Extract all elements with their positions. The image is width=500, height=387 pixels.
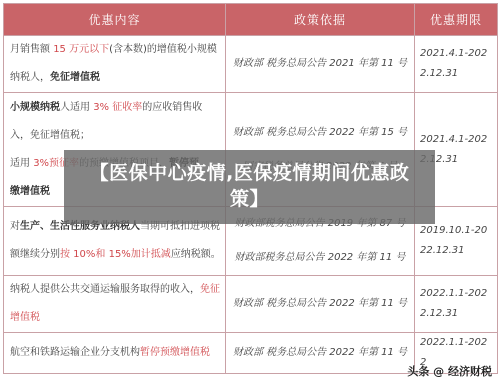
content-line: 月销售额 15 万元以下(含本数)的增值税小规模: [10, 36, 219, 64]
highlight-text: 暂停预缴增值税: [140, 347, 210, 358]
title-line-2: 策】: [64, 186, 435, 212]
table-row: 纳税人提供公共交通运输服务取得的收入，免征增值税财政部 税务总局公告 2022 …: [4, 276, 498, 333]
header-period: 优惠期限: [415, 4, 498, 36]
article-title-overlay: 【医保中心疫情,医保疫情期间优惠政 策】: [64, 150, 435, 224]
header-content: 优惠内容: [4, 4, 226, 36]
content-line: 纳税人，免征增值税: [10, 64, 219, 92]
cell-basis: 财政部 税务总局公告 2022 年第 11 号: [226, 276, 415, 333]
content-line: 增值税: [10, 304, 219, 332]
highlight-text: 15 万元以下: [53, 44, 109, 55]
content-line: 航空和铁路运输企业分支机构暂停预缴增值税: [10, 339, 219, 367]
text: (含本数)的增值税小规模: [109, 44, 217, 55]
text: 的应收销售收: [142, 102, 202, 113]
text: 航空和铁路运输企业分支机构: [10, 347, 140, 358]
text: 纳税人提供公共交通运输服务取得的收入，: [10, 284, 200, 295]
text: 额继续分别: [10, 249, 60, 260]
text: 适用: [10, 158, 33, 169]
emphasis-text: 缴增值税: [10, 186, 50, 197]
policy-reference: 财政部 税务总局公告 2022 年第 15 号: [226, 116, 414, 150]
policy-reference: 财政部税务总局公告 2022 年第 11 号: [226, 241, 414, 275]
cell-content: 月销售额 15 万元以下(含本数)的增值税小规模纳税人，免征增值税: [4, 36, 226, 93]
highlight-text: 按 10%和 15%加计抵减: [60, 249, 171, 260]
text: 纳税人，: [10, 72, 50, 83]
highlight-text: 免征: [200, 284, 220, 295]
table-header-row: 优惠内容 政策依据 优惠期限: [4, 4, 498, 36]
title-line-1: 【医保中心疫情,医保疫情期间优惠政: [64, 160, 435, 186]
cell-basis: 财政部 税务总局公告 2022 年第 11 号: [226, 333, 415, 374]
emphasis-text: 小规模纳税: [10, 102, 60, 113]
cell-basis: 财政部 税务总局公告 2021 年第 11 号: [226, 36, 415, 93]
content-line: 额继续分别按 10%和 15%加计抵减应纳税额。: [10, 241, 219, 269]
text: 对: [10, 221, 20, 232]
cell-period: 2022.1.1-2022.12.31: [415, 276, 498, 333]
emphasis-text: 免征增值税: [50, 72, 100, 83]
table-row: 月销售额 15 万元以下(含本数)的增值税小规模纳税人，免征增值税财政部 税务总…: [4, 36, 498, 93]
header-basis: 政策依据: [226, 4, 415, 36]
highlight-text: 3% 征收率: [93, 102, 142, 113]
source-watermark: 头条 @ 经济财税: [407, 363, 492, 379]
text: 人适用: [60, 102, 93, 113]
policy-reference: 财政部 税务总局公告 2022 年第 11 号: [226, 336, 414, 370]
cell-period: 2021.4.1-2022.12.31: [415, 36, 498, 93]
policy-reference: 财政部 税务总局公告 2021 年第 11 号: [226, 47, 414, 81]
content-line: 入，免征增值税；: [10, 122, 219, 150]
content-line: 小规模纳税人适用 3% 征收率的应收销售收: [10, 94, 219, 122]
cell-content: 航空和铁路运输企业分支机构暂停预缴增值税: [4, 333, 226, 374]
text: 应纳税额。: [171, 249, 221, 260]
policy-reference: 财政部 税务总局公告 2022 年第 11 号: [226, 287, 414, 321]
content-line: 纳税人提供公共交通运输服务取得的收入，免征: [10, 276, 219, 304]
highlight-text: 增值税: [10, 312, 40, 323]
cell-content: 纳税人提供公共交通运输服务取得的收入，免征增值税: [4, 276, 226, 333]
text: 入，免征增值税；: [10, 130, 90, 141]
text: 月销售额: [10, 44, 53, 55]
